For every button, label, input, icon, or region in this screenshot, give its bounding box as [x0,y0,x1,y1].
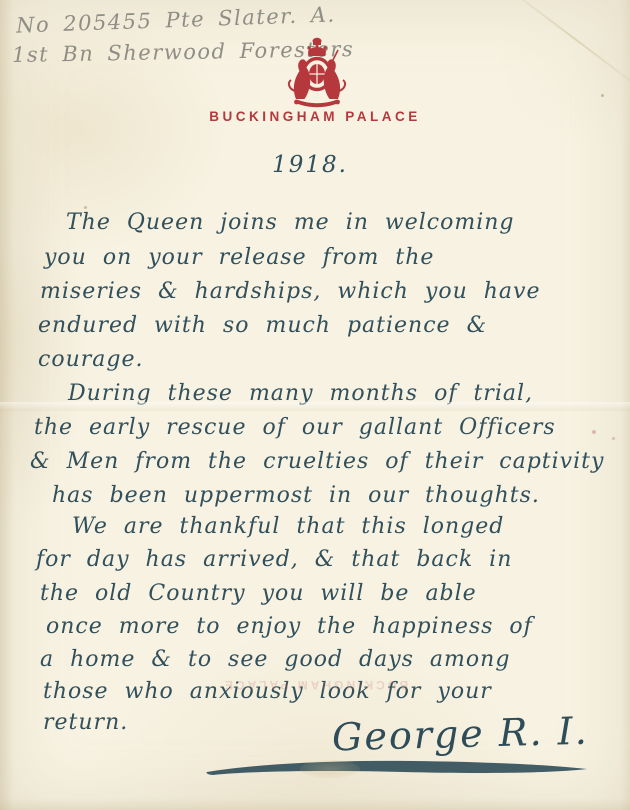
scanned-letter-page: No 205455 Pte Slater. A. 1st Bn Sherwood… [0,0,630,810]
body-line: has been uppermost in our thoughts. [52,483,540,508]
paper-fleck [84,206,87,209]
body-line: the old Country you will be able [40,581,477,606]
body-line: for day has arrived, & that back in [36,547,512,572]
inscription-service-number: No 205455 Pte Slater. A. [16,2,336,37]
paper-fleck [592,430,596,434]
body-line: a home & to see good days among [40,647,510,672]
body-line: the early rescue of our gallant Officers [34,415,556,440]
paper-fleck [612,437,615,440]
body-line: return. [43,710,128,735]
signature-flourish [203,757,593,783]
body-line: During these many months of trial, [68,381,533,406]
body-line: once more to enjoy the happiness of [46,614,533,639]
body-line: miseries & hardships, which you have [40,279,540,304]
paper-fleck [601,94,604,97]
body-line: The Queen joins me in welcoming [66,210,515,235]
letterhead-title: BUCKINGHAM PALACE [0,109,630,124]
corner-crease [499,0,630,97]
body-line: courage. [38,347,143,372]
body-line: you on your release from the [44,245,434,270]
body-line: endured with so much patience & [38,313,487,338]
body-line: We are thankful that this longed [72,514,504,539]
royal-coat-of-arms-icon [283,35,351,113]
body-line: & Men from the cruelties of their captiv… [30,449,604,474]
letterhead-showthrough: BUCKINGHAM PALACE [0,678,630,692]
letter-date: 1918. [0,152,630,178]
royal-signature: George R. I. [331,709,589,760]
